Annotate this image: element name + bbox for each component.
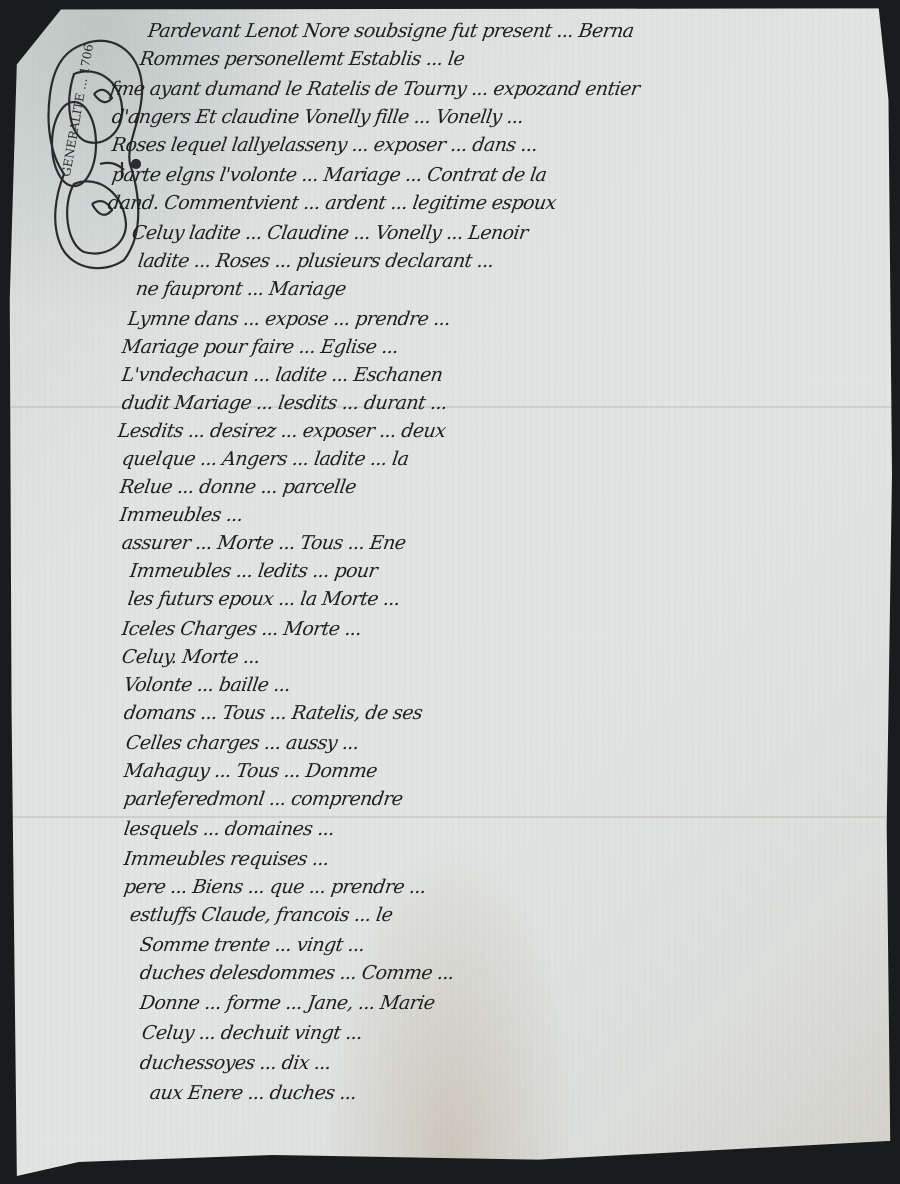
- manuscript-line: assurer ... Morte ... Tous ... Ene: [120, 532, 885, 554]
- manuscript-line: Pardevant Lenot Nore soubsigne fut prese…: [146, 20, 889, 42]
- manuscript-text-body: Pardevant Lenot Nore soubsigne fut prese…: [8, 6, 892, 1176]
- manuscript-line: Rommes personellemt Establis ... le: [138, 48, 883, 70]
- manuscript-line: Somme trente ... vingt ...: [138, 934, 871, 956]
- manuscript-line: domans ... Tous ... Ratelis, de ses: [122, 702, 885, 724]
- manuscript-line: Relue ... donne ... parcelle: [118, 476, 885, 498]
- manuscript-line: aux Enere ... duches ...: [148, 1082, 881, 1104]
- manuscript-line: lesquels ... domaines ...: [122, 818, 883, 840]
- manuscript-line: Celuy. Morte ...: [120, 646, 883, 668]
- manuscript-line: Lymne dans ... expose ... prendre ...: [126, 308, 885, 330]
- manuscript-line: Roses lequel lallyelasseny ... exposer .…: [110, 134, 883, 156]
- manuscript-line: Immeubles requises ...: [122, 848, 887, 870]
- manuscript-line: les futurs epoux ... la Morte ...: [126, 588, 889, 610]
- manuscript-line: estluffs Claude, francois ... le: [128, 904, 879, 926]
- manuscript-line: Mariage pour faire ... Eglise ...: [120, 336, 885, 358]
- manuscript-line: Donne ... forme ... Jane, ... Marie: [138, 992, 877, 1014]
- manuscript-line: Celles charges ... aussy ...: [124, 732, 887, 754]
- manuscript-line: Iceles Charges ... Morte ...: [120, 618, 883, 640]
- manuscript-line: quelque ... Angers ... ladite ... la: [120, 448, 887, 470]
- manuscript-line: L'vndechacun ... ladite ... Eschanen: [120, 364, 887, 386]
- manuscript-line: Celuy ladite ... Claudine ... Vonelly ..…: [130, 222, 883, 244]
- manuscript-line: Celuy ... dechuit vingt ...: [140, 1022, 871, 1044]
- manuscript-line: Immeubles ... ledits ... pour: [128, 560, 891, 582]
- manuscript-line: parte elgns l'volonte ... Mariage ... Co…: [110, 164, 883, 186]
- manuscript-line: duchessoyes ... dix ...: [138, 1052, 873, 1074]
- manuscript-line: Lesdits ... desirez ... exposer ... deux: [116, 420, 883, 442]
- manuscript-line: fme ayant dumand le Ratelis de Tourny ..…: [108, 78, 891, 100]
- manuscript-line: d'angers Et claudine Vonelly fille ... V…: [110, 106, 883, 128]
- manuscript-page: GENERALITE ... 1706 Pardevant Lenot Nore…: [8, 6, 892, 1176]
- manuscript-line: ne faupront ... Mariage: [134, 278, 893, 300]
- manuscript-line: dand. Commentvient ... ardent ... legiti…: [106, 192, 883, 214]
- manuscript-line: pere ... Biens ... que ... prendre ...: [122, 876, 881, 898]
- manuscript-line: parleferedmonl ... comprendre: [122, 788, 887, 810]
- manuscript-line: Mahaguy ... Tous ... Domme: [122, 760, 887, 782]
- manuscript-line: ladite ... Roses ... plusieurs declarant…: [136, 250, 885, 272]
- manuscript-line: Immeubles ...: [118, 504, 879, 526]
- manuscript-line: duches delesdommes ... Comme ...: [138, 962, 871, 984]
- manuscript-line: dudit Mariage ... lesdits ... durant ...: [120, 392, 887, 414]
- manuscript-line: Volonte ... baille ...: [122, 674, 885, 696]
